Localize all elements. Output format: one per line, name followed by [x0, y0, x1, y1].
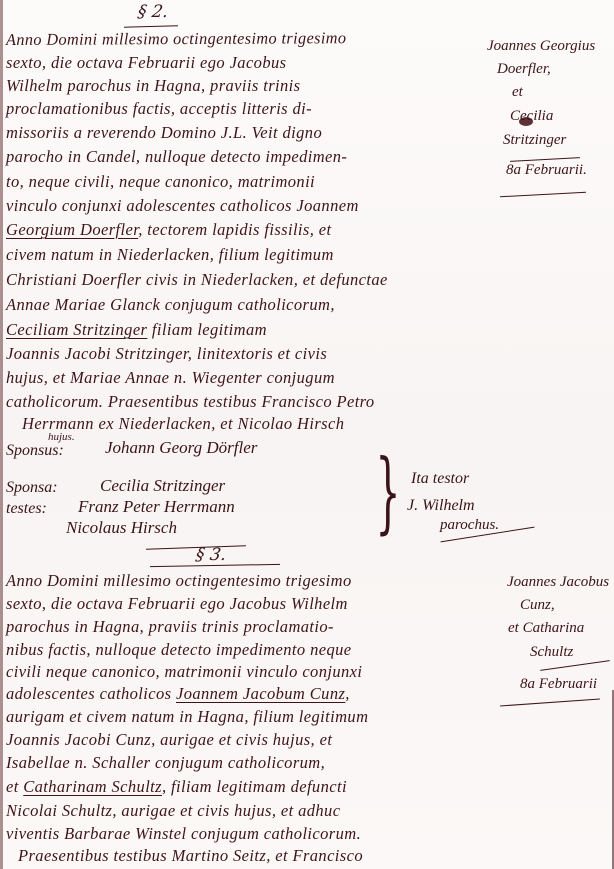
entry-line: Nicolai Schultz, aurigae et civis hujus,… [6, 801, 340, 821]
attestation-ita-testor: Ita testor [411, 470, 469, 488]
margin-conjunction: et [508, 620, 519, 636]
margin-groom-name: Joannes Jacobus [507, 574, 609, 591]
margin-bride-surname: Schultz [530, 644, 573, 661]
margin-bride-name: Cecilia [510, 108, 553, 125]
entry-line: Annae Mariae Glanck conjugum catholicoru… [6, 295, 335, 315]
entry-line: Anno Domini millesimo octingentesimo tri… [6, 571, 352, 591]
sponsa-signature: Cecilia Stritzinger [100, 476, 225, 496]
entry-line: sexto, die octava Februarii ego Jacobus … [6, 594, 348, 614]
section-heading: § 3. [195, 545, 228, 565]
entry-line: Joannis Jacobi Stritzinger, linitextoris… [6, 344, 327, 364]
entry-line-remainder: , tectorem lapidis fissilis, et [138, 220, 331, 239]
margin-rule [500, 699, 600, 707]
testis-2-signature: Nicolaus Hirsch [66, 518, 177, 538]
margin-groom-surname: Doerfler, [497, 61, 551, 78]
entry-line-underlined-bride: Ceciliam Stritzinger filiam legitimam [6, 320, 267, 340]
entry-line-underlined-bride: et Catharinam Schultz, filiam legitimam … [6, 777, 347, 797]
register-page: § 2. Anno Domini millesimo octingentesim… [0, 0, 614, 869]
entry-line: parochus in Hagna, praviis trinis procla… [6, 617, 334, 637]
entry-line: Wilhelm parochus in Hagna, praviis trini… [6, 76, 300, 96]
entry-line: aurigam et civem natum in Hagna, filium … [6, 707, 368, 727]
signature-brace: } [375, 440, 400, 543]
entry-line: missoriis a reverendo Domino J.L. Veit d… [6, 123, 322, 143]
entry-line: vinculo conjunxi adolescentes catholicos… [6, 196, 359, 216]
sponsus-signature: Johann Georg Dörfler [105, 438, 257, 458]
entry-line: Isabellae n. Schaller conjugum catholico… [6, 753, 325, 773]
entry-line-prefix: adolescentes catholicos [6, 684, 176, 703]
margin-groom-name: Joannes Georgius [487, 38, 595, 55]
entry-line: viventis Barbarae Winstel conjugum catho… [6, 824, 361, 844]
groom-name-underlined: Georgium Doerfler [6, 220, 138, 239]
margin-bride-name: Catharina [523, 620, 585, 636]
entry-line-remainder: filiam legitimam [147, 320, 267, 339]
margin-conjunction: et [512, 84, 523, 101]
entry-line: sexto, die octava Februarii ego Jacobus [6, 53, 286, 73]
margin-date: 8a Februarii [520, 676, 597, 693]
entry-line: Joannis Jacobi Cunz, aurigae et civis hu… [6, 730, 332, 750]
priest-signature: J. Wilhelm [407, 497, 475, 515]
entry-line: Christiani Doerfler civis in Niederlacke… [6, 270, 388, 290]
entry-line: nibus factis, nulloque detecto impedimen… [6, 640, 351, 660]
margin-groom-surname: Cunz, [520, 597, 555, 614]
entry-line: to, neque civili, neque canonico, matrim… [6, 172, 315, 192]
entry-line: Praesentibus testibus Martino Seitz, et … [18, 846, 363, 866]
entry-line: proclamationibus factis, acceptis litter… [6, 99, 312, 119]
section-heading: § 2. [137, 2, 170, 22]
testis-1-signature: Franz Peter Herrmann [78, 497, 235, 517]
section-heading-rule [150, 564, 280, 567]
margin-bride-surname: Stritzinger [503, 132, 566, 149]
entry-line: hujus, et Mariae Annae n. Wiegenter conj… [6, 368, 335, 388]
sponsus-label: Sponsus: [6, 442, 64, 460]
margin-rule [500, 192, 586, 197]
margin-rule [540, 660, 609, 671]
entry-line-remainder: , filiam legitimam defuncti [162, 777, 347, 796]
entry-line-underlined-groom: Georgium Doerfler, tectorem lapidis fiss… [6, 220, 332, 240]
priest-title: parochus. [440, 517, 499, 534]
margin-conjunction-bride: et Catharina [508, 620, 584, 637]
entry-line-remainder: , [345, 684, 350, 703]
margin-date: 8a Februarii. [506, 162, 587, 179]
testes-label: testes: [6, 500, 47, 518]
entry-line-underlined-groom: adolescentes catholicos Joannem Jacobum … [6, 684, 350, 704]
entry-line: catholicorum. Praesentibus testibus Fran… [6, 392, 375, 412]
bride-name-underlined: Catharinam Schultz [23, 777, 162, 796]
entry-line: civem natum in Niederlacken, filium legi… [6, 245, 334, 265]
bride-name-underlined: Ceciliam Stritzinger [6, 320, 147, 339]
entry-line: Anno Domini millesimo octingentesimo tri… [6, 28, 347, 50]
entry-line: civili neque canonico, matrimonii vincul… [6, 662, 362, 682]
page-left-edge [0, 0, 3, 869]
entry-line: parocho in Candel, nulloque detecto impe… [6, 147, 347, 167]
entry-line-prefix: et [6, 777, 23, 796]
section-heading-rule [124, 25, 178, 27]
groom-name-underlined: Joannem Jacobum Cunz [176, 684, 345, 703]
sponsa-label: Sponsa: [6, 479, 58, 497]
